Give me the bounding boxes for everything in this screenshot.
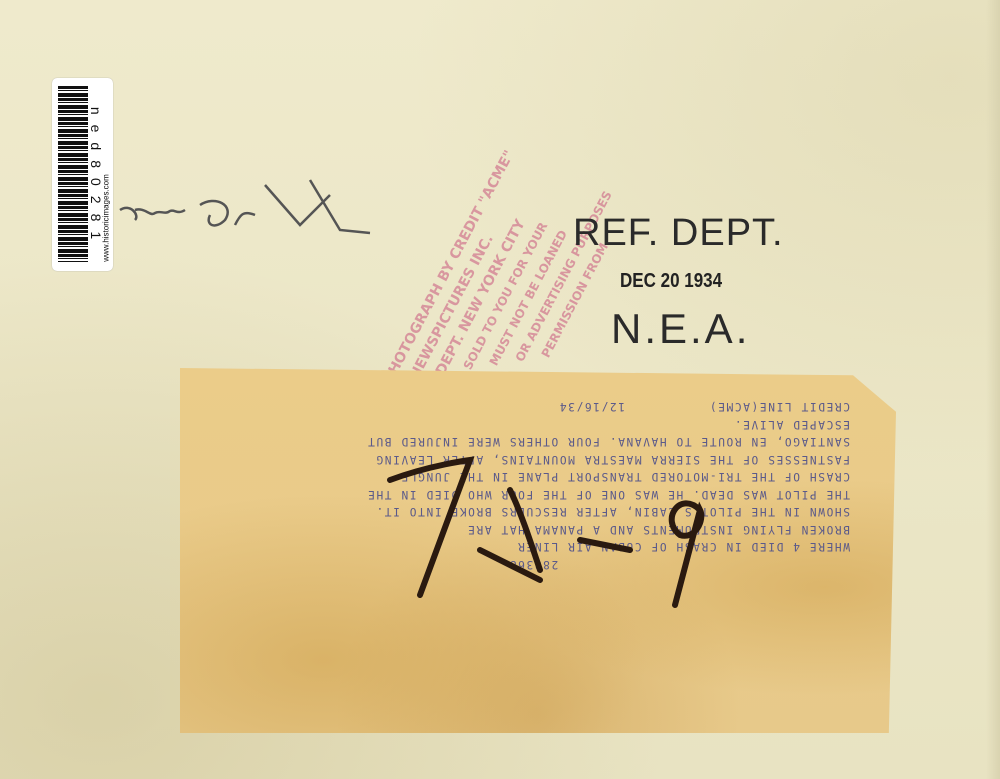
handwritten-mark-icon — [380, 450, 740, 620]
ref-dept-stamp: REF. DEPT. — [573, 212, 784, 255]
barcode-bars — [58, 86, 88, 262]
paper-edge — [986, 0, 1000, 779]
nea-stamp: N.E.A. — [611, 305, 750, 353]
barcode-label: ned80281 www.historicimages.com — [52, 78, 113, 271]
ref-dept-date: DEC 20 1934 — [620, 270, 722, 293]
signature-icon — [105, 165, 395, 245]
